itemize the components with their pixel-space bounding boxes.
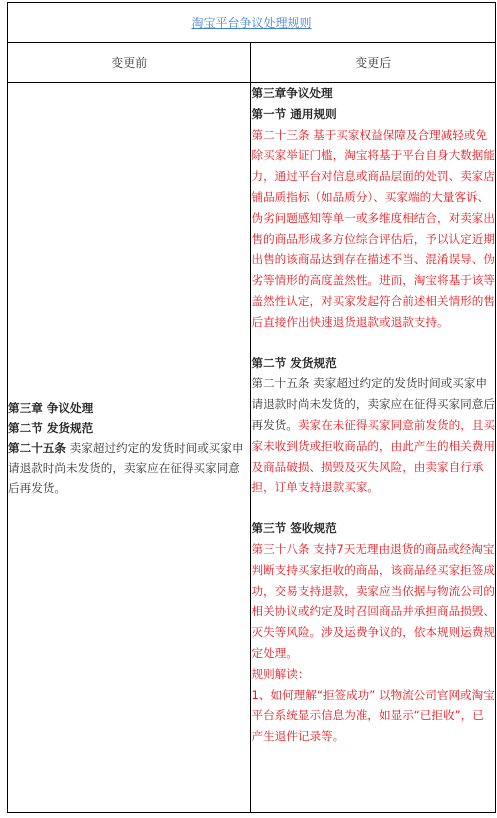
content-row: 第三章 争议处理 第二节 发货规范 第二十五条 卖家超过约定的发货时间或买家申请… <box>8 83 496 813</box>
interpretation-label: 规则解读： <box>251 664 495 685</box>
before-article-label: 第二十五条 <box>8 441 66 455</box>
after-cell: 第三章争议处理 第一节 通用规则 第二十三条 基于买家权益保障及合理减轻或免除买… <box>251 83 496 813</box>
before-article: 第二十五条 卖家超过约定的发货时间或买家申请退款时尚未发货的，卖家应在征得买家同… <box>8 438 250 498</box>
after-article-38: 第三十八条 支持7天无理由退货的商品或经淘宝判断支持买家拒收的商品，该商品经买家… <box>251 539 495 664</box>
after-chapter: 第三章争议处理 <box>251 83 495 104</box>
header-after: 变更后 <box>251 43 496 83</box>
after-section2-title: 第二节 发货规范 <box>251 353 495 374</box>
interpretation-text: 1、如何理解“拒签成功” 以物流公司官网或淘宝平台系统显示信息为准，如显示“已拒… <box>251 685 495 747</box>
after-section3-title: 第三节 签收规范 <box>251 518 495 539</box>
after-article-23: 第二十三条 基于买家权益保障及合理减轻或免除买家举证门槛，淘宝将基于平台自身大数… <box>251 125 495 333</box>
before-cell: 第三章 争议处理 第二节 发货规范 第二十五条 卖家超过约定的发货时间或买家申请… <box>8 83 251 813</box>
after-article-25: 第二十五条 卖家超过约定的发货时间或买家申请退款时尚未发货的，卖家应在征得买家同… <box>251 373 495 498</box>
spacer <box>251 333 495 353</box>
header-before: 变更前 <box>8 43 251 83</box>
rules-comparison-table: 淘宝平台争议处理规则 变更前 变更后 第三章 争议处理 第二节 发货规范 第二十… <box>7 2 496 813</box>
before-section: 第二节 发货规范 <box>8 418 250 438</box>
before-chapter: 第三章 争议处理 <box>8 398 250 418</box>
rules-title-link[interactable]: 淘宝平台争议处理规则 <box>191 16 311 30</box>
after-section1-title: 第一节 通用规则 <box>251 104 495 125</box>
title-cell: 淘宝平台争议处理规则 <box>8 3 496 43</box>
header-row: 变更前 变更后 <box>8 43 496 83</box>
title-row: 淘宝平台争议处理规则 <box>8 3 496 43</box>
spacer <box>251 498 495 518</box>
